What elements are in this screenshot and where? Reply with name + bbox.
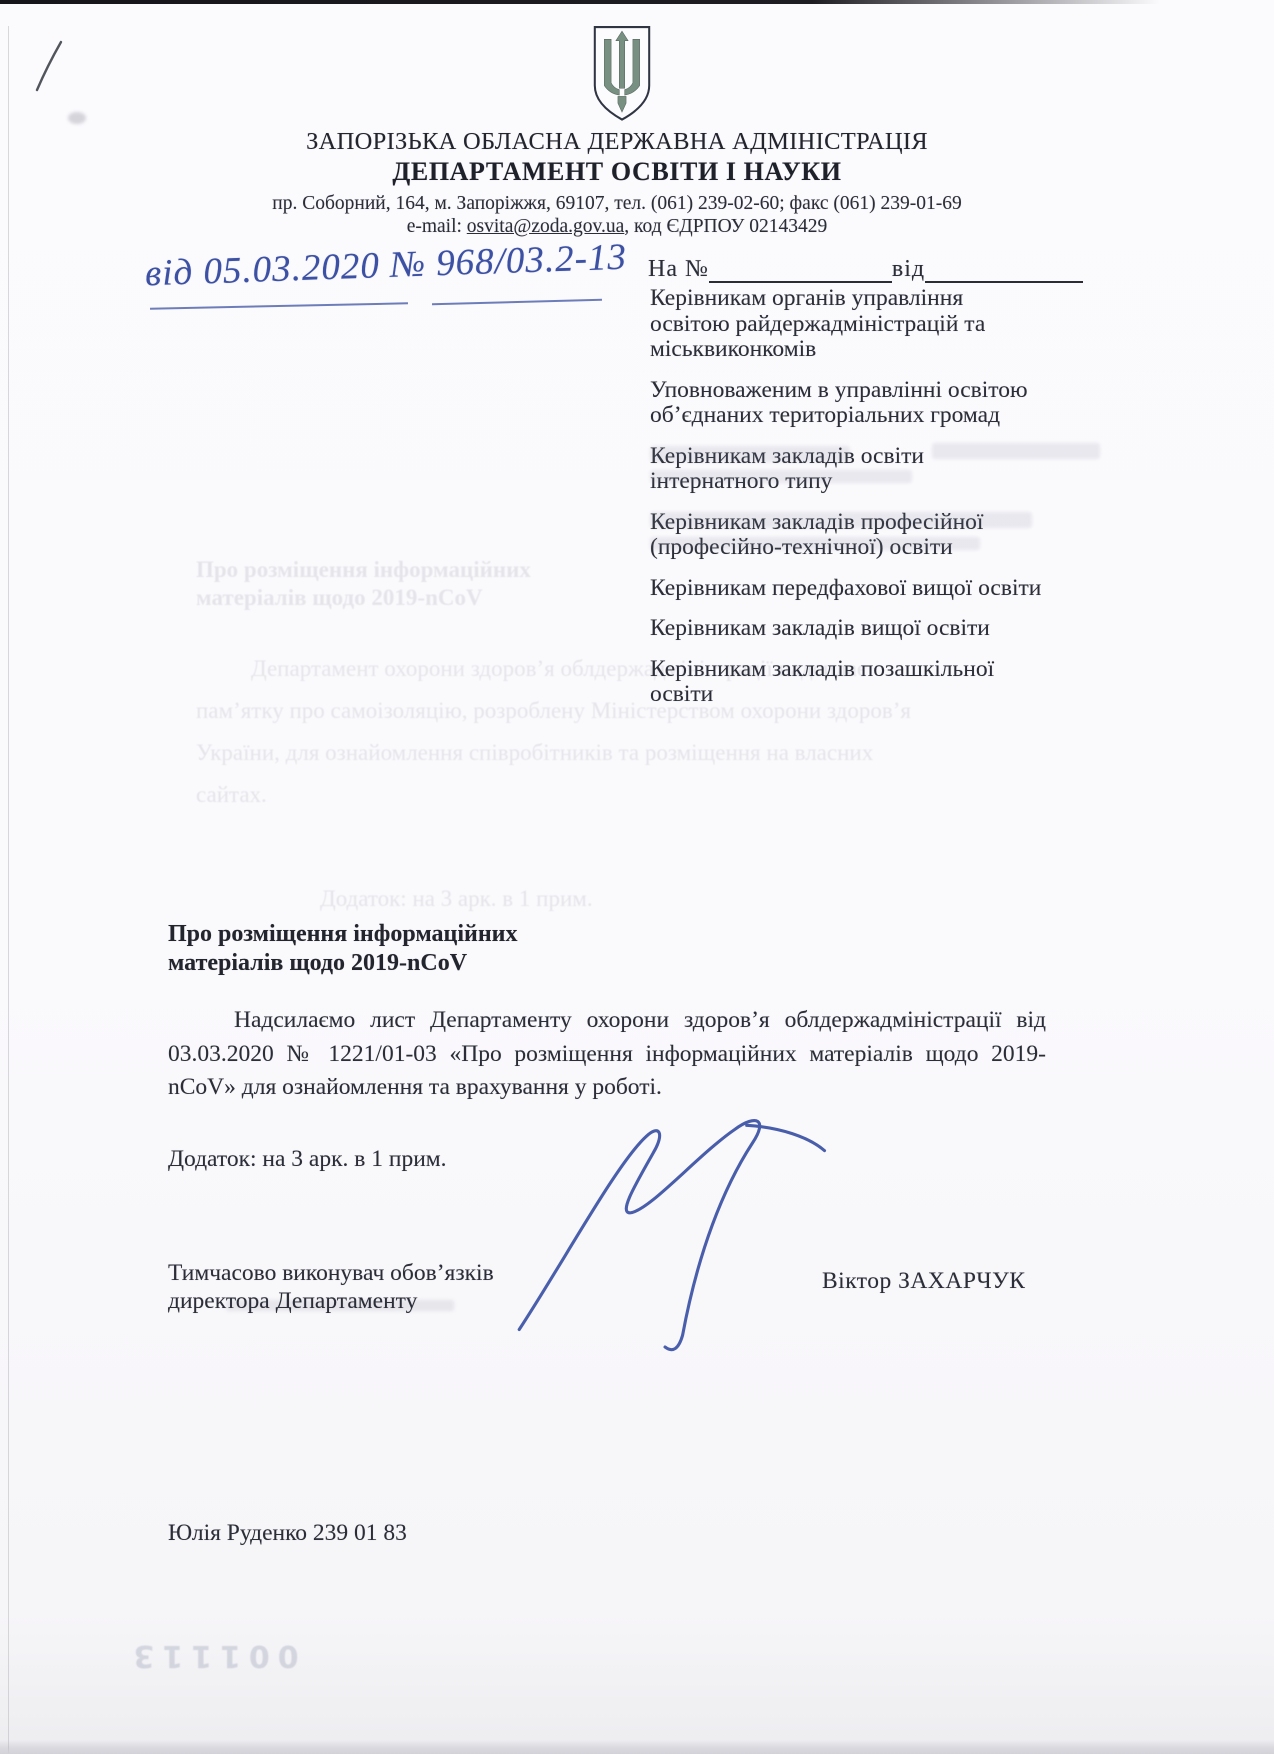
list-item: Керівникам передфахової вищої освіти: [650, 576, 1042, 602]
subject-heading: Про розміщення інформаційних матеріалів …: [168, 920, 518, 978]
signatory-title-line2: директора Департаменту: [168, 1288, 494, 1316]
list-item: України, для ознайомлення співробітників…: [196, 732, 1041, 774]
edrpou-code: , код ЄДРПОУ 02143429: [624, 216, 827, 237]
bleed-through-blur: [650, 470, 912, 483]
body-paragraph: Надсилаємо лист Департаменту охорони здо…: [168, 1004, 1046, 1105]
bleed-through-text: матеріалів щодо 2019-nCoV: [196, 584, 531, 612]
list-item: Уповноваженим в управлінні освітою об’єд…: [650, 378, 1042, 429]
bleed-through-blur: [932, 443, 1100, 459]
list-item: Керівникам органів управління освітою ра…: [650, 286, 1042, 363]
signatory-name: Віктор ЗАХАРЧУК: [822, 1268, 1026, 1295]
bleed-through-paragraph: Департамент охорони здоров’я облдержадмі…: [196, 648, 1041, 816]
handwritten-underline: [150, 302, 408, 309]
list-item: сайтах.: [196, 774, 1041, 816]
org-name-line2: ДЕПАРТАМЕНТ ОСВІТИ І НАУКИ: [0, 157, 1234, 187]
bleed-through-blur: [650, 446, 850, 462]
email-link: osvita@zoda.gov.ua: [467, 216, 625, 237]
subject-line2: матеріалів щодо 2019-nCoV: [168, 949, 518, 978]
handwritten-ref-number: від 05.03.2020 № 968/03.2-13: [144, 236, 627, 296]
bleed-through-subject: Про розміщення інформаційних матеріалів …: [196, 556, 531, 612]
ukraine-trident-coat-of-arms-icon: [588, 20, 656, 128]
vid-date-label: від: [892, 256, 925, 282]
signatory-title: Тимчасово виконувач обов’язків директора…: [168, 1260, 494, 1315]
scan-edge-bottom: [0, 1740, 1274, 1754]
org-name-line1: ЗАПОРІЗЬКА ОБЛАСНА ДЕРЖАВНА АДМІНІСТРАЦІ…: [0, 128, 1234, 156]
bleed-through-blur: [650, 537, 980, 550]
scan-edge-top: [0, 0, 1160, 4]
reference-blank-line: [709, 259, 892, 283]
reference-blank-line: [925, 259, 1083, 283]
na-number-label: На №: [648, 256, 709, 282]
subject-line1: Про розміщення інформаційних: [168, 920, 518, 949]
org-address: пр. Соборний, 164, м. Запоріжжя, 69107, …: [0, 193, 1234, 215]
handwritten-underline: [432, 299, 602, 305]
scan-smudge: [68, 112, 86, 124]
bleed-through-attachment: Додаток: на 3 арк. в 1 прим.: [320, 886, 593, 912]
email-label: e-mail:: [407, 216, 467, 237]
incoming-ref-row: На №від: [648, 256, 1083, 283]
list-item: пам’ятку про самоізоляцію, розроблену Мі…: [196, 690, 1041, 732]
scanned-letter-page: ЗАПОРІЗЬКА ОБЛАСНА ДЕРЖАВНА АДМІНІСТРАЦІ…: [0, 0, 1274, 1754]
registration-stamp-number: 001113: [122, 1638, 302, 1673]
bleed-through-blur: [650, 512, 1032, 528]
scan-edge-left: [8, 26, 9, 1754]
list-item: Департамент охорони здоров’я облдержадмі…: [196, 648, 1041, 690]
org-contact-line: e-mail: osvita@zoda.gov.ua, код ЄДРПОУ 0…: [0, 216, 1234, 238]
bleed-through-text: Про розміщення інформаційних: [196, 556, 531, 584]
attachment-note: Додаток: на 3 арк. в 1 прим.: [168, 1146, 447, 1173]
handwritten-signature: [492, 1098, 842, 1353]
list-item: Керівникам закладів вищої освіти: [650, 616, 1042, 642]
executor-contact: Юлія Руденко 239 01 83: [168, 1520, 407, 1547]
signatory-title-line1: Тимчасово виконувач обов’язків: [168, 1260, 494, 1288]
pen-slash-mark: [20, 20, 90, 110]
